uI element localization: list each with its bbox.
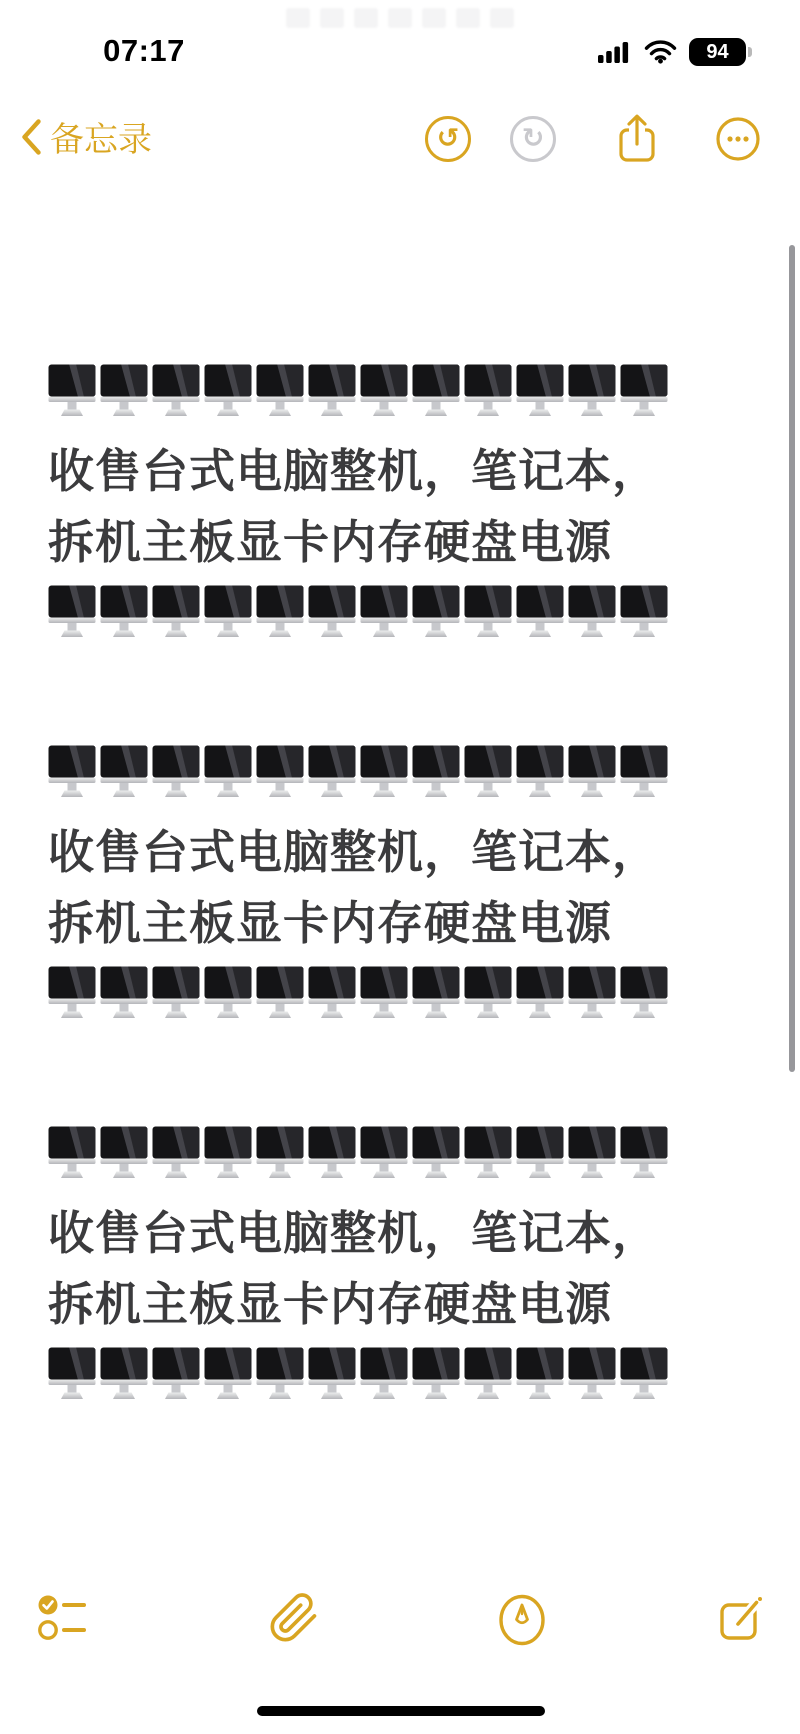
desktop-computer-emoji: [256, 1347, 304, 1399]
desktop-computer-emoji: [412, 1347, 460, 1399]
share-icon: [616, 113, 658, 165]
undo-button[interactable]: ↺: [425, 116, 471, 162]
desktop-computer-emoji: [256, 1126, 304, 1178]
desktop-computer-emoji: [516, 745, 564, 797]
ellipsis-circle-icon: [715, 116, 761, 162]
desktop-computer-emoji: [100, 966, 148, 1018]
bottom-toolbar: [0, 1592, 800, 1662]
desktop-computer-emoji: [152, 1126, 200, 1178]
desktop-computer-emoji: [568, 1126, 616, 1178]
undo-icon: ↺: [425, 116, 471, 162]
battery-icon: 94: [689, 38, 752, 66]
desktop-computer-emoji: [516, 1347, 564, 1399]
desktop-computer-emoji: [568, 585, 616, 637]
scrollbar[interactable]: [789, 245, 795, 1072]
desktop-computer-emoji: [516, 966, 564, 1018]
desktop-computer-emoji: [360, 745, 408, 797]
desktop-computer-emoji: [464, 364, 512, 416]
note-block: 收售台式电脑整机，笔记本， 拆机主板显卡内存硬盘电源: [48, 745, 748, 1018]
desktop-computer-emoji: [48, 585, 96, 637]
faint-watermark: [286, 8, 514, 28]
desktop-computer-emoji: [464, 1347, 512, 1399]
desktop-computer-emoji: [256, 585, 304, 637]
desktop-computer-emoji: [48, 1126, 96, 1178]
desktop-computer-emoji: [412, 585, 460, 637]
wifi-icon: [644, 40, 677, 64]
home-indicator[interactable]: [257, 1706, 545, 1716]
chevron-left-icon: [20, 118, 42, 156]
notes-app-screen: 07:17: [0, 0, 800, 1734]
desktop-computer-emoji: [152, 364, 200, 416]
desktop-computer-emoji: [204, 364, 252, 416]
desktop-computer-emoji: [308, 1347, 356, 1399]
desktop-computer-emoji: [204, 966, 252, 1018]
desktop-computer-emoji: [308, 364, 356, 416]
desktop-computer-emoji: [412, 966, 460, 1018]
desktop-computer-emoji: [516, 585, 564, 637]
desktop-computer-emoji: [464, 966, 512, 1018]
desktop-computer-emoji: [620, 1126, 668, 1178]
emoji-row: [48, 966, 748, 1018]
emoji-row: [48, 585, 748, 637]
battery-percent: 94: [706, 41, 728, 64]
desktop-computer-emoji: [360, 1126, 408, 1178]
desktop-computer-emoji: [204, 745, 252, 797]
more-button[interactable]: [715, 116, 761, 162]
nav-bar: 备忘录 ↺ ↻: [0, 100, 800, 178]
desktop-computer-emoji: [308, 745, 356, 797]
desktop-computer-emoji: [256, 745, 304, 797]
desktop-computer-emoji: [464, 585, 512, 637]
redo-button[interactable]: ↻: [510, 116, 556, 162]
desktop-computer-emoji: [568, 364, 616, 416]
note-block: 收售台式电脑整机，笔记本， 拆机主板显卡内存硬盘电源: [48, 364, 748, 637]
desktop-computer-emoji: [360, 585, 408, 637]
desktop-computer-emoji: [308, 585, 356, 637]
desktop-computer-emoji: [152, 585, 200, 637]
redo-icon: ↻: [510, 116, 556, 162]
desktop-computer-emoji: [412, 1126, 460, 1178]
checklist-icon: [36, 1592, 92, 1644]
desktop-computer-emoji: [360, 364, 408, 416]
desktop-computer-emoji: [568, 745, 616, 797]
desktop-computer-emoji: [100, 1347, 148, 1399]
desktop-computer-emoji: [100, 585, 148, 637]
desktop-computer-emoji: [48, 1347, 96, 1399]
markup-button[interactable]: [496, 1592, 548, 1648]
desktop-computer-emoji: [516, 1126, 564, 1178]
emoji-row: [48, 1347, 748, 1399]
desktop-computer-emoji: [308, 966, 356, 1018]
desktop-computer-emoji: [412, 364, 460, 416]
compose-button[interactable]: [716, 1592, 768, 1644]
desktop-computer-emoji: [516, 364, 564, 416]
attachment-button[interactable]: [268, 1592, 320, 1644]
checklist-button[interactable]: [36, 1592, 92, 1644]
desktop-computer-emoji: [360, 966, 408, 1018]
desktop-computer-emoji: [48, 966, 96, 1018]
desktop-computer-emoji: [152, 1347, 200, 1399]
desktop-computer-emoji: [256, 364, 304, 416]
desktop-computer-emoji: [204, 1347, 252, 1399]
markup-pen-icon: [496, 1592, 548, 1648]
note-text-line: 拆机主板显卡内存硬盘电源: [48, 1269, 748, 1340]
desktop-computer-emoji: [152, 966, 200, 1018]
back-button-label: 备忘录: [50, 112, 152, 161]
desktop-computer-emoji: [620, 364, 668, 416]
desktop-computer-emoji: [464, 745, 512, 797]
cellular-signal-icon: [598, 40, 632, 64]
desktop-computer-emoji: [152, 745, 200, 797]
desktop-computer-emoji: [100, 364, 148, 416]
status-bar: 07:17: [0, 0, 800, 80]
desktop-computer-emoji: [48, 745, 96, 797]
desktop-computer-emoji: [620, 585, 668, 637]
note-editor[interactable]: 收售台式电脑整机，笔记本， 拆机主板显卡内存硬盘电源: [48, 364, 748, 1399]
compose-icon: [716, 1592, 768, 1644]
desktop-computer-emoji: [620, 966, 668, 1018]
desktop-computer-emoji: [256, 966, 304, 1018]
desktop-computer-emoji: [464, 1126, 512, 1178]
note-text-line: 收售台式电脑整机，笔记本，: [48, 436, 748, 507]
emoji-row: [48, 1126, 748, 1178]
desktop-computer-emoji: [568, 966, 616, 1018]
desktop-computer-emoji: [568, 1347, 616, 1399]
emoji-row: [48, 364, 748, 416]
desktop-computer-emoji: [204, 585, 252, 637]
note-text-line: 拆机主板显卡内存硬盘电源: [48, 507, 748, 578]
desktop-computer-emoji: [204, 1126, 252, 1178]
note-text-line: 收售台式电脑整机，笔记本，: [48, 1198, 748, 1269]
note-text-line: 收售台式电脑整机，笔记本，: [48, 817, 748, 888]
desktop-computer-emoji: [620, 1347, 668, 1399]
back-button[interactable]: 备忘录: [20, 112, 152, 161]
desktop-computer-emoji: [412, 745, 460, 797]
desktop-computer-emoji: [620, 745, 668, 797]
paperclip-icon: [268, 1592, 320, 1644]
desktop-computer-emoji: [48, 364, 96, 416]
desktop-computer-emoji: [360, 1347, 408, 1399]
desktop-computer-emoji: [100, 1126, 148, 1178]
share-button[interactable]: [616, 113, 658, 165]
status-time: 07:17: [96, 33, 192, 69]
desktop-computer-emoji: [308, 1126, 356, 1178]
emoji-row: [48, 745, 748, 797]
note-text-line: 拆机主板显卡内存硬盘电源: [48, 888, 748, 959]
note-block: 收售台式电脑整机，笔记本， 拆机主板显卡内存硬盘电源: [48, 1126, 748, 1399]
desktop-computer-emoji: [100, 745, 148, 797]
